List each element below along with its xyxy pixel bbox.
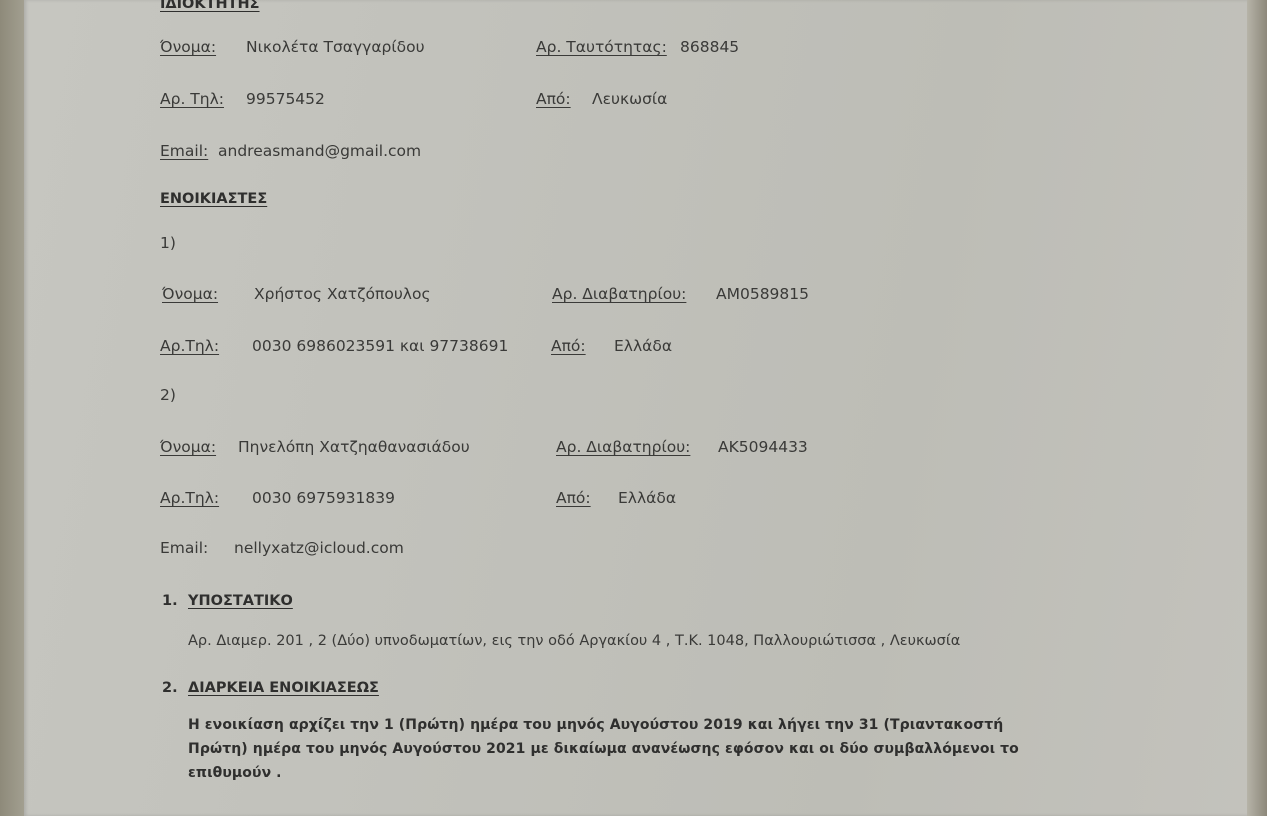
tenant-2-name-value: Πηνελόπη Χατζηαθανασιάδου — [238, 438, 470, 456]
tenant-1-name-value: Χρήστος Χατζόπουλος — [254, 285, 431, 303]
tenant-1-passport-value: AM0589815 — [716, 285, 809, 303]
owner-id-label: Αρ. Ταυτότητας: — [536, 38, 667, 56]
tenant-2-phone-label: Αρ.Τηλ: — [160, 489, 219, 507]
tenant-2-name-label: Όνομα: — [160, 438, 216, 456]
section-2-line-3: επιθυμούν . — [188, 765, 282, 781]
section-2-title: ΔΙΑΡΚΕΙΑ ΕΝΟΙΚΙΑΣΕΩΣ — [188, 680, 379, 696]
owner-from-value: Λευκωσία — [592, 90, 667, 108]
document-page: ΙΔΙΟΚΤΗΤΗΣ Όνομα: Νικολέτα Τσαγγαρίδου Α… — [24, 0, 1248, 816]
tenant-1-phone-label: Αρ.Τηλ: — [160, 337, 219, 355]
section-1-title: ΥΠΟΣΤΑΤΙΚΟ — [188, 593, 293, 609]
tenant-1-from-label: Από: — [551, 337, 586, 355]
owner-name-label: Όνομα: — [160, 38, 216, 56]
tenants-heading: ΕΝΟΙΚΙΑΣΤΕΣ — [160, 191, 267, 207]
section-1-text: Αρ. Διαμερ. 201 , 2 (Δύο) υπνοδωματίων, … — [188, 633, 960, 649]
tenant-2-email-label: Email: — [160, 539, 208, 557]
section-1-number: 1. — [162, 593, 178, 609]
owner-heading: ΙΔΙΟΚΤΗΤΗΣ — [160, 0, 260, 12]
section-2-line-2: Πρώτη) ημέρα του μηνός Αυγούστου 2021 με… — [188, 741, 1019, 757]
tenant-1-passport-label: Αρ. Διαβατηρίου: — [552, 285, 686, 303]
tenant-1-name-label: Όνομα: — [162, 285, 218, 303]
tenant-2-passport-value: AK5094433 — [718, 438, 808, 456]
tenant-1-phone-value: 0030 6986023591 και 97738691 — [252, 337, 508, 355]
owner-phone-label: Αρ. Τηλ: — [160, 90, 224, 108]
tenant-1-index: 1) — [160, 234, 176, 252]
tenant-2-from-label: Από: — [556, 489, 591, 507]
tenant-2-email-value: nellyxatz@icloud.com — [234, 539, 404, 557]
tenant-1-from-value: Ελλάδα — [614, 337, 672, 355]
owner-email-value: andreasmand@gmail.com — [218, 142, 421, 160]
tenant-2-from-value: Ελλάδα — [618, 489, 676, 507]
background-edge-left — [0, 0, 24, 816]
section-2-line-1: Η ενοικίαση αρχίζει την 1 (Πρώτη) ημέρα … — [188, 717, 1003, 733]
owner-from-label: Από: — [536, 90, 571, 108]
owner-email-label: Email: — [160, 142, 208, 160]
tenant-2-phone-value: 0030 6975931839 — [252, 489, 395, 507]
owner-id-value: 868845 — [680, 38, 739, 56]
tenant-2-passport-label: Αρ. Διαβατηρίου: — [556, 438, 690, 456]
tenant-2-index: 2) — [160, 386, 176, 404]
owner-name-value: Νικολέτα Τσαγγαρίδου — [246, 38, 425, 56]
section-2-number: 2. — [162, 680, 178, 696]
background-edge-right — [1247, 0, 1267, 816]
owner-phone-value: 99575452 — [246, 90, 325, 108]
